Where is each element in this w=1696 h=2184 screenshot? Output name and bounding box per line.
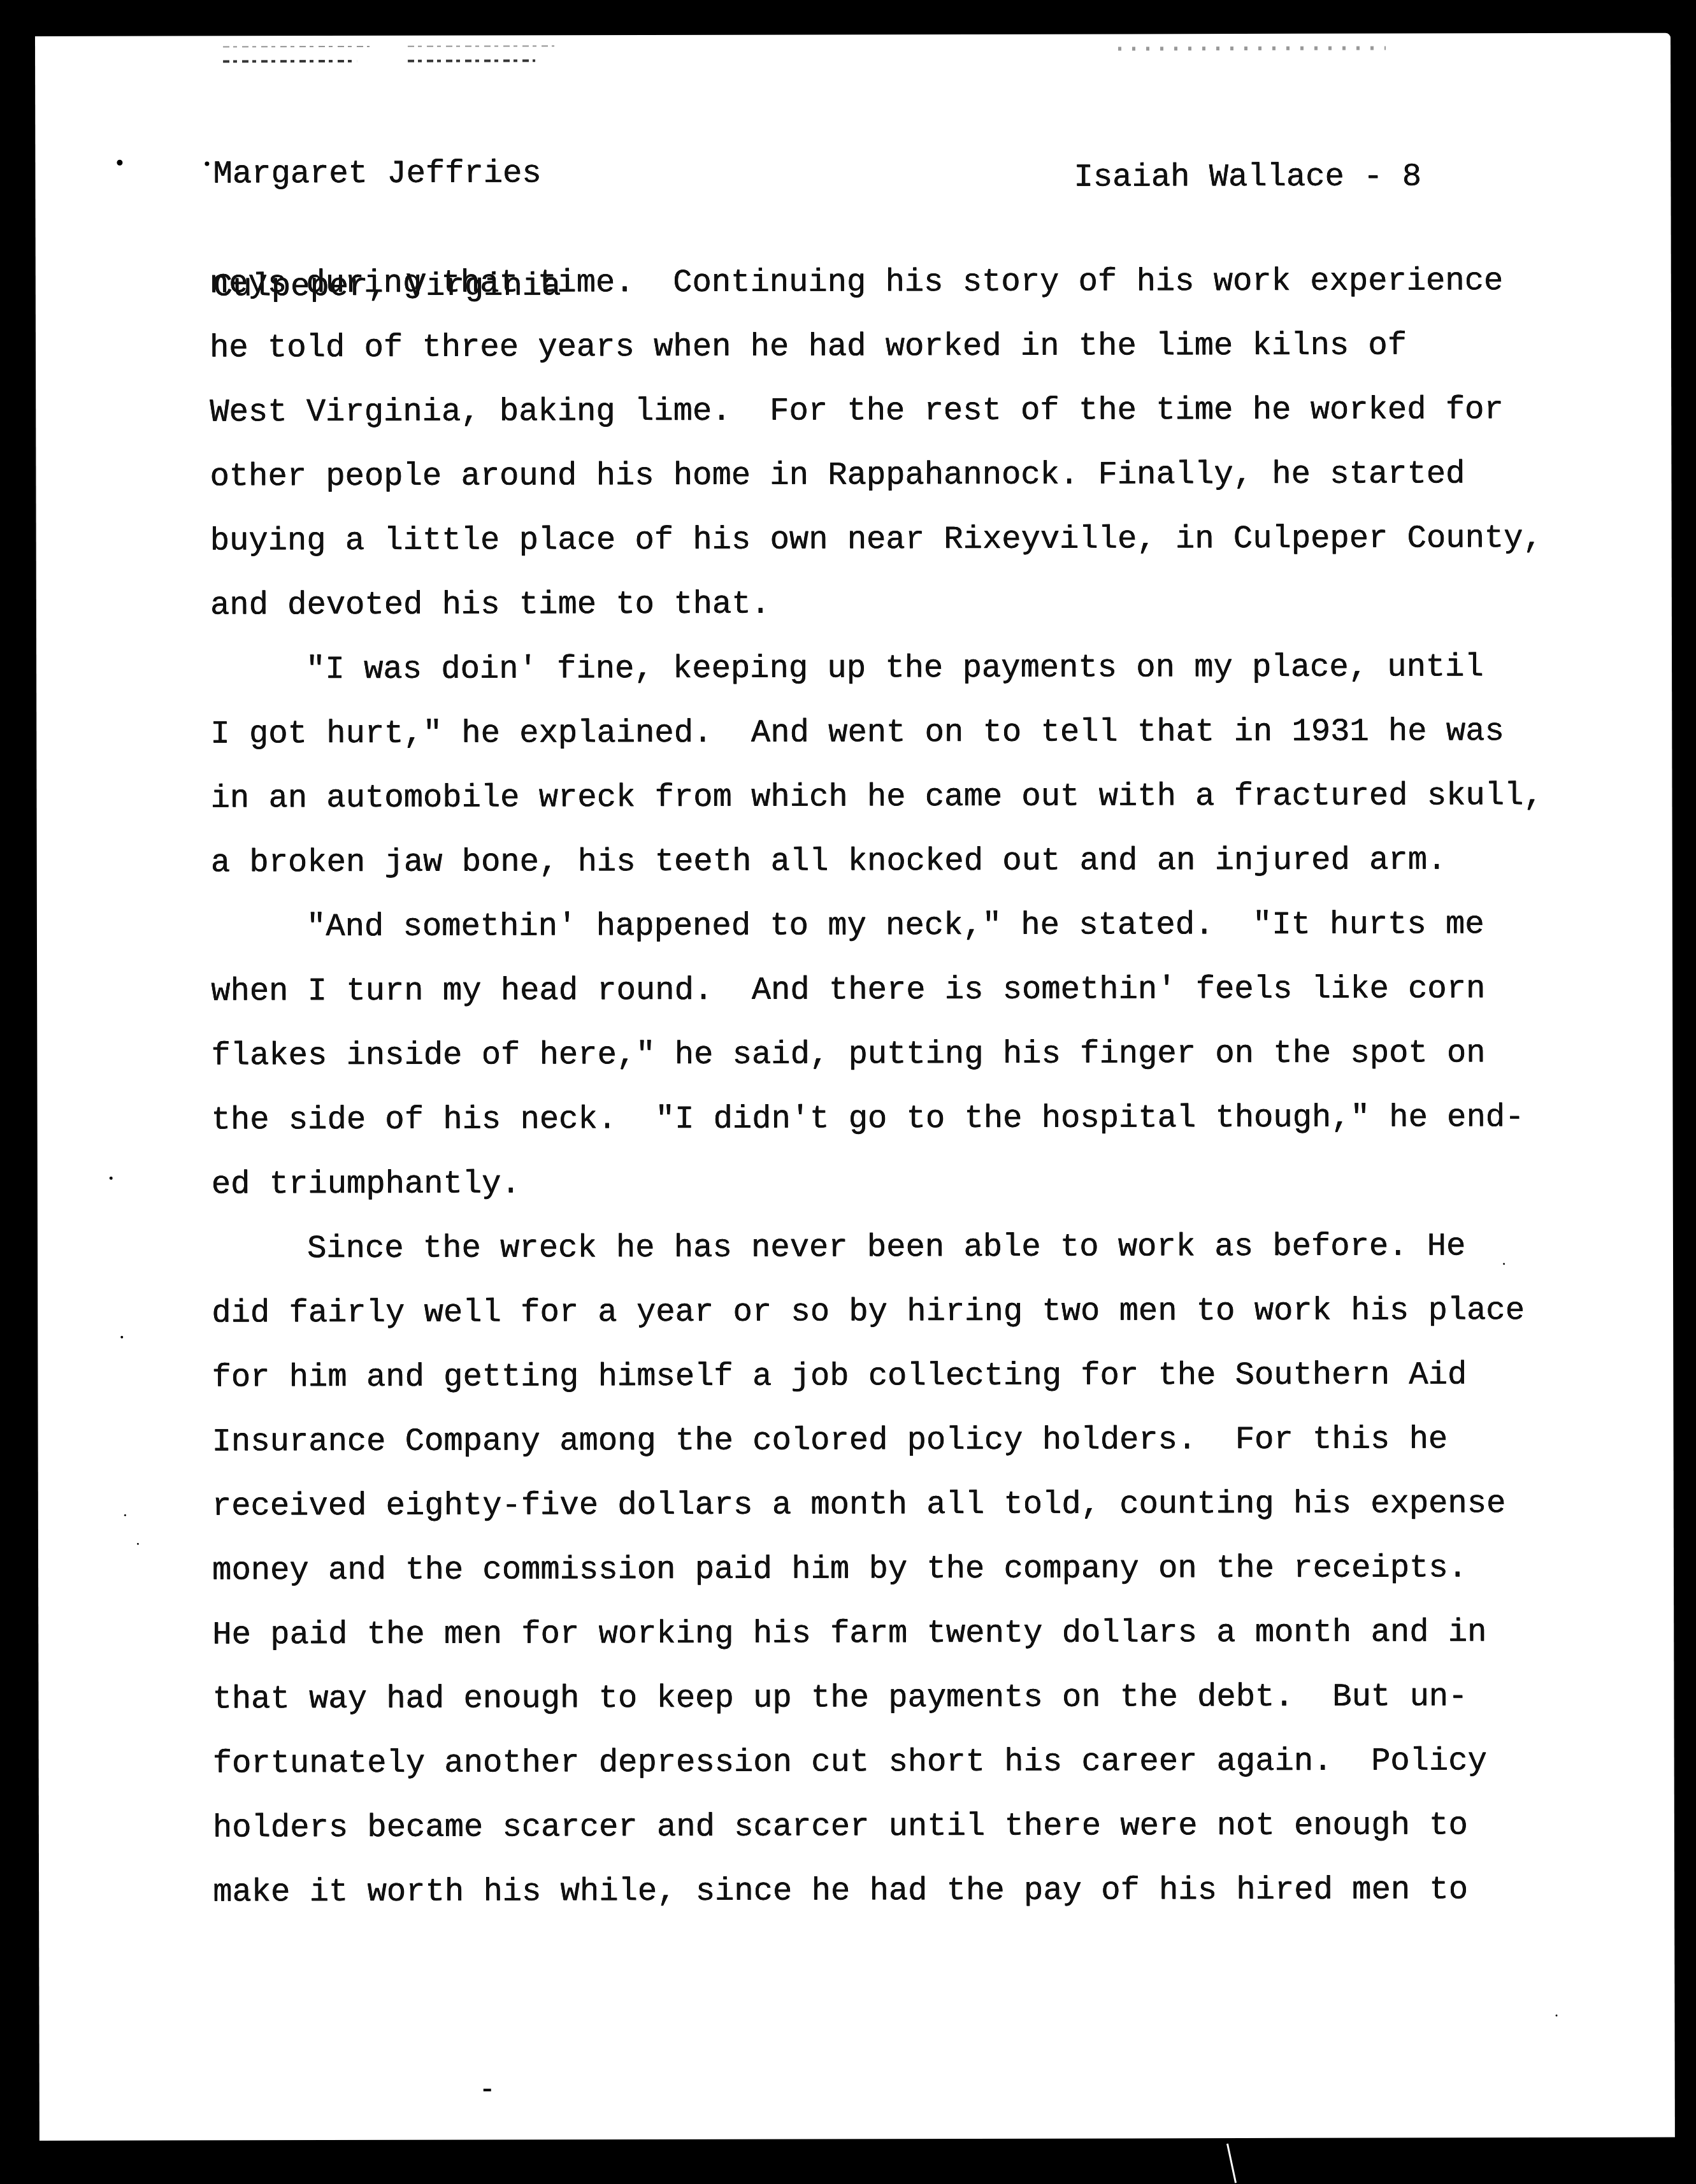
text-line: the side of his neck. "I didn't go to th… <box>211 1086 1543 1153</box>
text-line: fortunately another depression cut short… <box>213 1729 1545 1796</box>
speck <box>1556 2015 1558 2016</box>
scan-artifact-line <box>1226 2143 1237 2183</box>
text-line: in an automobile wreck from which he cam… <box>210 764 1542 831</box>
text-line: holders became scarcer and scarcer until… <box>213 1793 1545 1860</box>
text-line: Insurance Company among the colored poli… <box>212 1407 1544 1474</box>
text-line: Since the wreck he has never been able t… <box>212 1214 1544 1281</box>
page-header: Isaiah Wallace - 8 <box>1074 83 1421 271</box>
struck-mark <box>408 45 554 47</box>
text-line: West Virginia, baking lime. For the rest… <box>210 378 1542 445</box>
text-line: ed triumphantly. <box>212 1150 1544 1217</box>
text-line: a broken jaw bone, his teeth all knocked… <box>211 828 1543 895</box>
text-line: "I was doin' fine, keeping up the paymen… <box>210 635 1542 702</box>
text-line: He paid the men for working his farm twe… <box>212 1600 1544 1667</box>
struck-mark <box>408 59 535 62</box>
text-line: make it worth his while, since he had th… <box>213 1858 1545 1925</box>
text-line: neys during that time. Continuing his st… <box>210 249 1542 316</box>
speck <box>110 1177 113 1180</box>
illegible-struck-header-marks <box>217 43 573 69</box>
text-line: other people around his home in Rappahan… <box>210 442 1542 509</box>
text-line: flakes inside of here," he said, putting… <box>211 1021 1543 1088</box>
speck <box>120 1336 123 1339</box>
speck <box>117 160 122 166</box>
author-name: Margaret Jeffries <box>213 155 561 193</box>
speck <box>137 1543 139 1545</box>
text-line: received eighty-five dollars a month all… <box>212 1472 1544 1539</box>
illegible-struck-header-marks-right <box>1118 47 1386 51</box>
speck <box>205 161 209 166</box>
speck <box>1503 1263 1505 1265</box>
subject-and-page-number: Isaiah Wallace - 8 <box>1074 158 1421 196</box>
text-line: and devoted his time to that. <box>210 571 1542 638</box>
struck-mark <box>223 60 357 62</box>
text-line: when I turn my head round. And there is … <box>211 957 1543 1024</box>
text-line: that way had enough to keep up the payme… <box>212 1665 1544 1732</box>
stray-dash-mark <box>484 2089 491 2092</box>
text-line: I got hurt," he explained. And went on t… <box>210 700 1542 766</box>
text-line: for him and getting himself a job collec… <box>212 1343 1544 1410</box>
text-line: "And somethin' happened to my neck," he … <box>211 893 1543 959</box>
typewritten-page: Margaret Jeffries Culpeper, Virginia Isa… <box>35 33 1675 2141</box>
struck-mark <box>223 46 370 47</box>
speck <box>124 1514 126 1516</box>
text-line: he told of three years when he had worke… <box>210 313 1542 380</box>
text-line: did fairly well for a year or so by hiri… <box>212 1279 1544 1346</box>
text-line: money and the commission paid him by the… <box>212 1536 1544 1603</box>
text-line: buying a little place of his own near Ri… <box>210 506 1542 573</box>
body-text: neys during that time. Continuing his st… <box>210 249 1546 1925</box>
